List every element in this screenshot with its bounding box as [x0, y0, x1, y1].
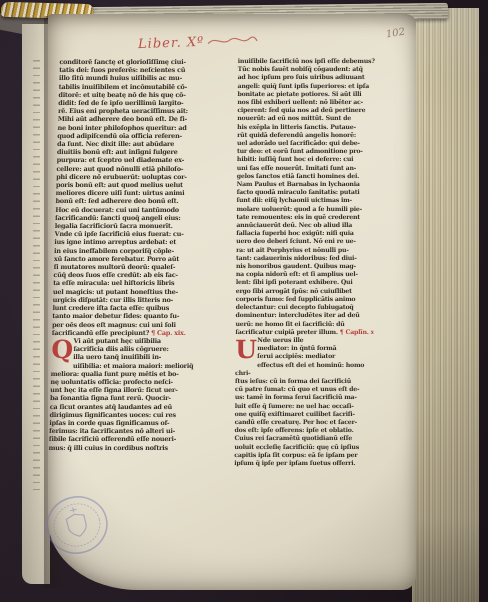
- chapter20-rubric: ¶ Caplīn. xx.: [340, 329, 376, 336]
- header-flourish-icon: [206, 32, 259, 50]
- facing-page-text-tips: [33, 60, 40, 490]
- running-title: Liber. Xº: [138, 34, 205, 51]
- chapter18-text: conditorē ſanctę et glorioſiſſimę ciui- …: [52, 58, 224, 329]
- text-column-left: conditorē ſanctę et glorioſiſſimę ciui- …: [49, 58, 224, 452]
- chapter18-end-text: ſacrificandū eſſe precipiunt?: [52, 329, 149, 337]
- text-column-right: inuiſibile ſacrificiū nos ipſi eſſe debe…: [234, 58, 376, 468]
- initial-u: U: [235, 338, 255, 362]
- initial-q: Q: [51, 338, 72, 362]
- chapter20-paragraph: U Nde uerus ille mediator: in q̄ntū form…: [234, 337, 373, 468]
- chapter19-rubric-line: ſacrificandū eſſe precipiunt? ¶ Cap. xix…: [52, 329, 216, 337]
- chapter19-continued-text: inuiſibile ſacrificiū nos ipſi eſſe debe…: [235, 58, 375, 329]
- chapter19-paragraph: Q Vi aūt putant hęc uiſibilia ſacrificia…: [49, 337, 216, 452]
- fore-edge-page-stack: [412, 8, 479, 602]
- chapter20-rubric-line: ſacrificatur cuipiā preter illum. ¶ Capl…: [235, 329, 373, 337]
- chapter19-end-text: ſacrificatur cuipiā preter illum.: [235, 329, 338, 336]
- chapter19-rubric: ¶ Cap. xix.: [151, 329, 186, 337]
- photograph-background: { "palette": { "background_dark": "#261d…: [0, 0, 488, 602]
- chapter19-text: Vi aūt putant hęc uiſibilia ſacrificia d…: [49, 337, 216, 452]
